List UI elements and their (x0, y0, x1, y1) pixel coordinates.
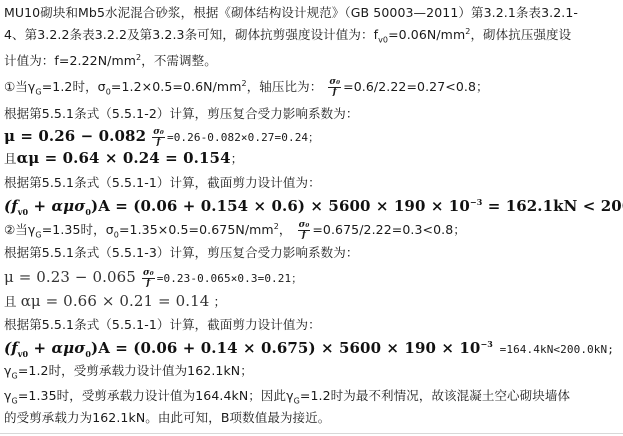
case2-mu-line: μ = 0.23 − 0.065 σ₀f=0.23-0.065×0.3=0.21… (4, 267, 302, 289)
conclusion-text: γ (4, 363, 12, 378)
case1-text: ； (231, 151, 244, 166)
axial-ratio-fraction: σ₀f (328, 78, 341, 97)
conclusion-text: =1.2时为最不利情况，故该混凝土空心砌块墙体 (300, 388, 570, 403)
case1-alpha-line: 且αμ = 0.64 × 0.24 = 0.154； (4, 148, 243, 169)
subscript: v0 (18, 207, 28, 217)
formula-part: + αμσ (28, 197, 85, 215)
case2-text: ②当γ (4, 222, 35, 237)
case1-text: 根据第5.5.1条式（5.5.1-2）计算，剪压复合受力影响系数为： (4, 106, 358, 121)
fraction-denominator: f (142, 279, 155, 288)
case1-mu-line: μ = 0.26 − 0.082 σ₀f=0.26-0.082×0.27=0.2… (4, 126, 319, 148)
case1-shear-line: (fv0 + αμσ0)A = (0.06 + 0.154 × 0.6) × 5… (4, 196, 623, 217)
shear-formula: (fv0 + αμσ0)A = (0.06 + 0.154 × 0.6) × 5… (4, 197, 623, 215)
case1-text: =1.2×0.5=0.6N/mm (111, 79, 242, 94)
fraction-denominator: f (152, 138, 165, 147)
case1-text: ，轴压比为： (247, 79, 323, 94)
superscript: −3 (480, 339, 492, 349)
axial-ratio-fraction: σ₀f (298, 221, 311, 240)
conclusion-line-3: 的受剪承载力为162.1kN。由此可知，B项数值最为接近。 (4, 408, 330, 428)
case1-text: =1.2时，σ (42, 79, 106, 94)
intro-text: 4、第3.2.2条表3.2.2及第3.2.3条可知，砌体抗剪强度设计值为：f (4, 27, 378, 42)
mu-formula: μ = 0.26 − 0.082 (4, 127, 146, 145)
case2-text: 根据第5.5.1条式（5.5.1-1）计算，截面剪力设计值为： (4, 317, 321, 332)
case1-text: ①当γ (4, 79, 35, 94)
stress-ratio-fraction: σ₀f (152, 128, 165, 147)
alpha-mu-formula: αμ = 0.64 × 0.24 = 0.154 (17, 149, 231, 167)
case2-step1: 根据第5.5.1条式（5.5.1-3）计算，剪压复合受力影响系数为： (4, 243, 358, 263)
formula-part: (f (4, 339, 18, 357)
case1-heading: ①当γG=1.2时，σ0=1.2×0.5=0.6N/mm2，轴压比为： σ₀f=… (4, 77, 489, 97)
case1-step2: 根据第5.5.1条式（5.5.1-1）计算，截面剪力设计值为： (4, 173, 321, 193)
conclusion-line-1: γG=1.2时，受剪承载力设计值为162.1kN； (4, 361, 253, 381)
case2-step2: 根据第5.5.1条式（5.5.1-1）计算，截面剪力设计值为： (4, 315, 321, 335)
case2-text: ， (279, 222, 292, 237)
formula-part: )A = (0.06 + 0.154 × 0.6) × 5600 × 190 ×… (91, 197, 470, 215)
case2-shear-line: (fv0 + αμσ0)A = (0.06 + 0.14 × 0.675) × … (4, 338, 614, 360)
intro-text: MU10砌块和Mb5水泥混合砂浆，根据《砌体结构设计规范》（GB 50003—2… (4, 5, 578, 20)
intro-line-1: MU10砌块和Mb5水泥混合砂浆，根据《砌体结构设计规范》（GB 50003—2… (4, 3, 578, 23)
alpha-mu-formula: αμ = 0.66 × 0.21 = 0.14 (21, 292, 210, 310)
formula-part: = 162.1kN < 200.0kN (482, 197, 623, 215)
mu-calculation: =0.23-0.065×0.3=0.21； (157, 272, 303, 285)
conclusion-text: γ (4, 388, 12, 403)
case1-text: 根据第5.5.1条式（5.5.1-1）计算，截面剪力设计值为： (4, 175, 321, 190)
intro-text: 计值为：f=2.22N/mm (4, 53, 136, 68)
case2-heading: ②当γG=1.35时，σ0=1.35×0.5=0.675N/mm2， σ₀f=0… (4, 220, 466, 240)
intro-line-3: 计值为：f=2.22N/mm2，不需调整。 (4, 51, 217, 71)
case2-alpha-line: 且 αμ = 0.66 × 0.21 = 0.14 ； (4, 291, 226, 312)
case2-text: ； (209, 294, 226, 309)
case2-text: =1.35时，σ (42, 222, 114, 237)
fraction-denominator: f (298, 231, 311, 240)
subscript: v0 (378, 36, 388, 45)
case1-step1: 根据第5.5.1条式（5.5.1-2）计算，剪压复合受力影响系数为： (4, 104, 358, 124)
intro-text: ，不需调整。 (141, 53, 217, 68)
formula-part: + αμσ (28, 339, 85, 357)
conclusion-text: 的受剪承载力为162.1kN。由此可知，B项数值最为接近。 (4, 410, 330, 425)
formula-part: )A = (0.06 + 0.14 × 0.675) × 5600 × 190 … (91, 339, 480, 357)
formula-part: (f (4, 197, 18, 215)
case2-text: 且 (4, 294, 21, 309)
intro-text: =0.06N/mm (388, 27, 465, 42)
case1-text: =0.6/2.22=0.27<0.8； (343, 79, 488, 94)
bottom-divider (0, 433, 623, 434)
shear-result: =164.4kN<200.0kN; (493, 343, 614, 356)
intro-text: ，砌体抗压强度设 (470, 27, 571, 42)
conclusion-text: =1.2时，受剪承载力设计值为162.1kN； (18, 363, 253, 378)
case2-text: 根据第5.5.1条式（5.5.1-3）计算，剪压复合受力影响系数为： (4, 245, 358, 260)
conclusion-line-2: γG=1.35时，受剪承载力设计值为164.4kN；因此γG=1.2时为最不利情… (4, 386, 570, 406)
conclusion-text: =1.35时，受剪承载力设计值为164.4kN；因此γ (18, 388, 294, 403)
fraction-denominator: f (328, 88, 341, 97)
case2-text: =0.675/2.22=0.3<0.8； (312, 222, 466, 237)
mu-formula: μ = 0.23 − 0.065 (4, 268, 136, 286)
shear-formula: (fv0 + αμσ0)A = (0.06 + 0.14 × 0.675) × … (4, 339, 493, 357)
case2-text: =1.35×0.5=0.675N/mm (119, 222, 274, 237)
mu-calculation: =0.26-0.082×0.27=0.24； (167, 131, 319, 144)
stress-ratio-fraction: σ₀f (142, 269, 155, 288)
intro-line-2: 4、第3.2.2条表3.2.2及第3.2.3条可知，砌体抗剪强度设计值为：fv0… (4, 25, 571, 45)
case1-text: 且 (4, 151, 17, 166)
superscript: −3 (470, 197, 482, 207)
subscript: v0 (18, 349, 28, 359)
